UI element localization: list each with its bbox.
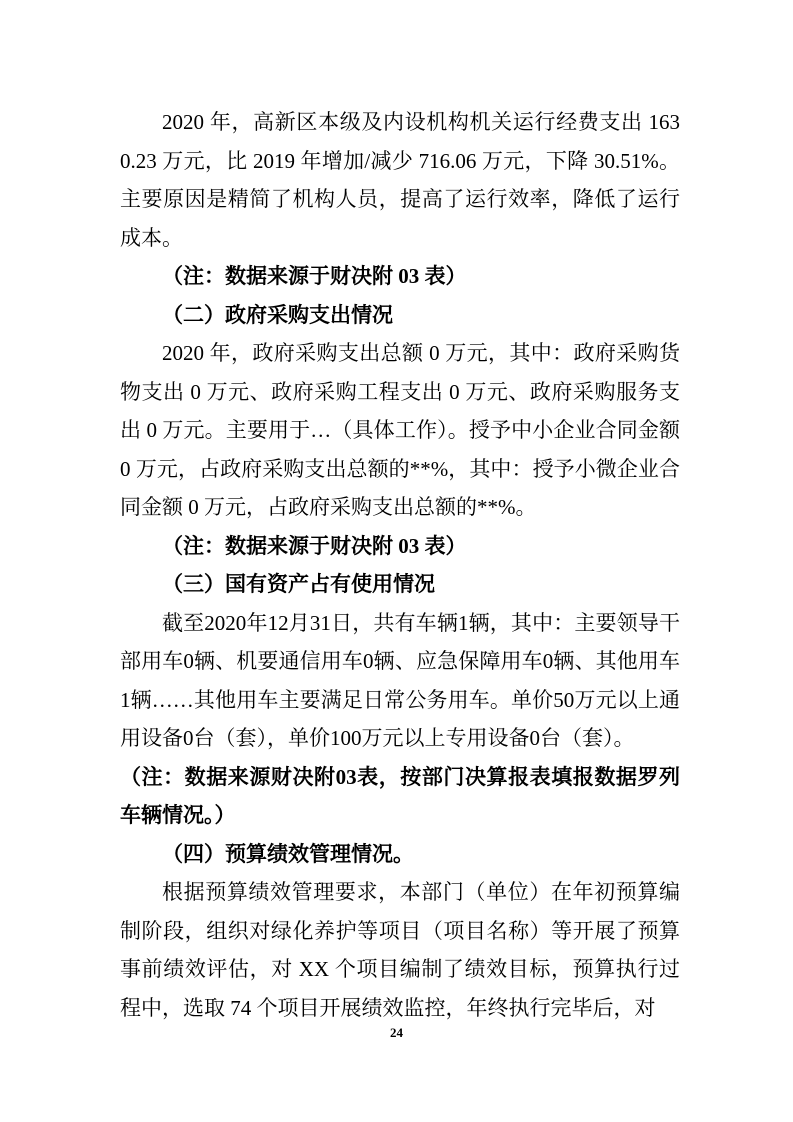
- paragraph-operating-expenses: 2020 年，高新区本级及内设机构机关运行经费支出 1630.23 万元，比 2…: [120, 103, 680, 257]
- document-page: 2020 年，高新区本级及内设机构机关运行经费支出 1630.23 万元，比 2…: [0, 0, 793, 1122]
- heading-section-3-state-assets: （三）国有资产占有使用情况: [120, 565, 680, 604]
- note-data-source-3: （注：数据来源财决附03表，按部门决算报表填报数据罗列车辆情况。）: [120, 758, 680, 835]
- heading-section-4-budget-performance: （四）预算绩效管理情况。: [120, 835, 680, 874]
- paragraph-vehicles-equipment: 截至2020年12月31日，共有车辆1辆，其中：主要领导干部用车0辆、机要通信用…: [120, 604, 680, 758]
- document-body: 2020 年，高新区本级及内设机构机关运行经费支出 1630.23 万元，比 2…: [120, 103, 680, 1027]
- paragraph-performance-management: 根据预算绩效管理要求，本部门（单位）在年初预算编制阶段，组织对绿化养护等项目（项…: [120, 873, 680, 1027]
- page-number: 24: [0, 1024, 793, 1042]
- heading-section-2-procurement: （二）政府采购支出情况: [120, 296, 680, 335]
- paragraph-procurement-spending: 2020 年，政府采购支出总额 0 万元，其中：政府采购货物支出 0 万元、政府…: [120, 334, 680, 527]
- note-data-source-1: （注：数据来源于财决附 03 表）: [120, 257, 680, 296]
- note-data-source-2: （注：数据来源于财决附 03 表）: [120, 527, 680, 566]
